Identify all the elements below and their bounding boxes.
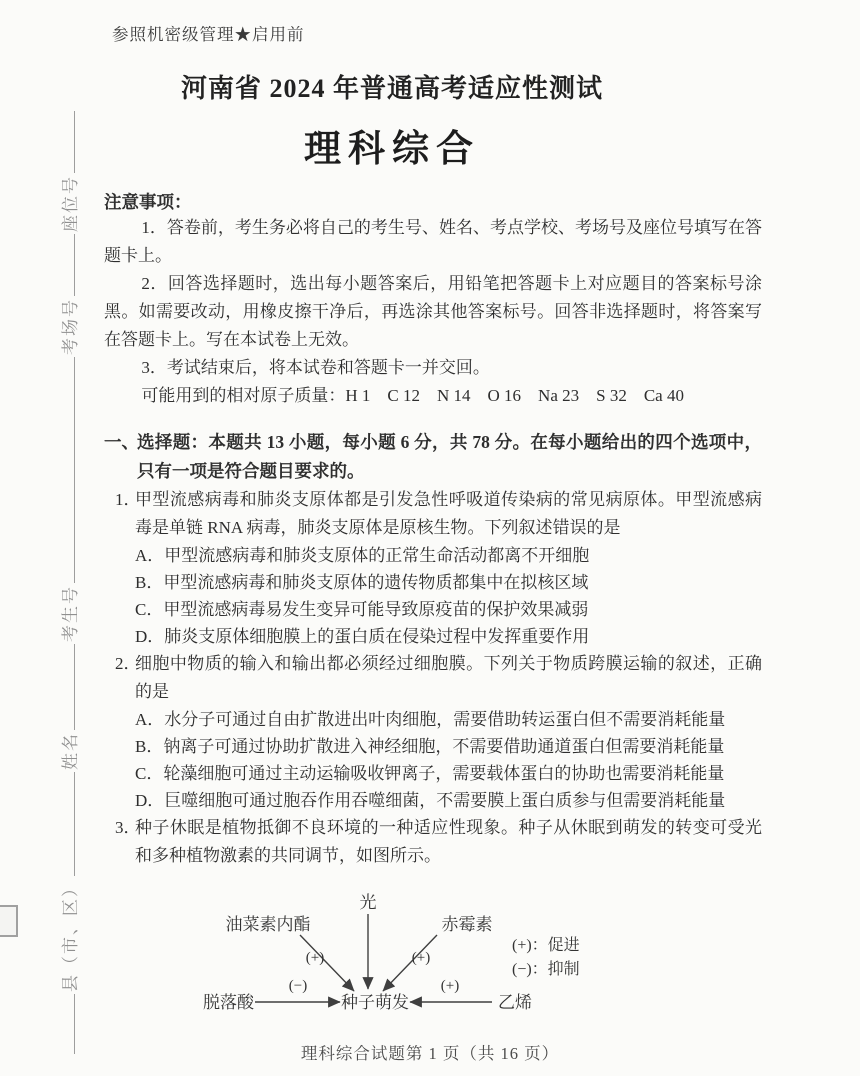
- node-seed-germination: 种子萌发: [341, 993, 409, 1012]
- atomic-masses-line: 可能用到的相对原子质量：H 1 C 12 N 14 O 16 Na 23 S 3…: [104, 382, 762, 410]
- seal-field-room-number: 考场号: [62, 296, 80, 357]
- question-2-number: 2．: [115, 650, 141, 678]
- edge-label-abscisic-acid: (−): [289, 978, 307, 994]
- question-1-option-d: D．肺炎支原体细胞膜上的蛋白质在侵染过程中发挥重要作用: [135, 623, 762, 650]
- question-3-number: 3．: [115, 814, 141, 842]
- question-3: 3． 种子休眠是植物抵御不良环境的一种适应性现象。种子从休眠到萌发的转变可受光和…: [104, 814, 762, 870]
- exam-subject: 理科综合: [104, 118, 680, 172]
- exam-content: 参照机密级管理★启用前 河南省 2024 年普通高考适应性测试 理科综合 注意事…: [104, 0, 762, 1028]
- exam-paper-page: 县（市、区） 姓名 考生号 考场号 座位号 参照机密级管理★启用前 河南省 20…: [0, 0, 860, 1076]
- notice-item-3: 3．考试结束后，将本试卷和答题卡一并交回。: [104, 354, 762, 382]
- edge-label-gibberellin: (+): [412, 950, 430, 966]
- seal-underline: [72, 234, 75, 296]
- node-abscisic-acid: 脱落酸: [203, 993, 255, 1012]
- edge-label-brassinolide: (+): [306, 950, 324, 966]
- seal-field-examinee-number: 考生号: [62, 583, 80, 644]
- legend-inhibit: (−)：抑制: [512, 960, 580, 978]
- section-heading: 一、 选择题：本题共 13 小题，每小题 6 分，共 78 分。在每小题给出的四…: [104, 428, 762, 486]
- question-2-option-d: D．巨噬细胞可通过胞吞作用吞噬细菌，不需要膜上蛋白质参与但需要消耗能量: [135, 787, 762, 814]
- question-1-option-a: A．甲型流感病毒和肺炎支原体的正常生命活动都离不开细胞: [135, 542, 762, 569]
- question-2-option-b: B．钠离子可通过协助扩散进入神经细胞，不需要借助通道蛋白但需要消耗能量: [135, 733, 762, 760]
- node-light: 光: [360, 893, 377, 912]
- node-brassinolide: 油菜素内酯: [226, 915, 311, 934]
- question-2-option-c: C．轮藻细胞可通过主动运输吸收钾离子，需要载体蛋白的协助也需要消耗能量: [135, 760, 762, 787]
- question-2-option-a: A．水分子可通过自由扩散进出叶肉细胞，需要借助转运蛋白但不需要消耗能量: [135, 706, 762, 733]
- classification-notice: 参照机密级管理★启用前: [112, 21, 762, 45]
- registration-box: [0, 905, 18, 937]
- seal-underline: [72, 111, 75, 173]
- question-1-number: 1．: [115, 486, 141, 514]
- seal-underline: [72, 357, 75, 583]
- diagram-svg: 光 油菜素内酯 赤霉素 脱落酸 种子萌发 乙烯 (+) (+) (−) (+) …: [140, 878, 760, 1028]
- section-number: 一、: [104, 428, 139, 457]
- question-1: 1． 甲型流感病毒和肺炎支原体都是引发急性呼吸道传染病的常见病原体。甲型流感病毒…: [104, 486, 762, 650]
- notice-item-1: 1．答卷前，考生务必将自己的考生号、姓名、考点学校、考场号及座位号填写在答题卡上…: [104, 214, 762, 270]
- seal-underline: [72, 644, 75, 730]
- edge-label-ethylene: (+): [441, 978, 459, 994]
- question-1-option-b: B．甲型流感病毒和肺炎支原体的遗传物质都集中在拟核区域: [135, 569, 762, 596]
- question-1-stem: 甲型流感病毒和肺炎支原体都是引发急性呼吸道传染病的常见病原体。甲型流感病毒是单链…: [135, 486, 762, 542]
- question-1-option-c: C．甲型流感病毒易发生变异可能导致原疫苗的保护效果减弱: [135, 596, 762, 623]
- notice-item-2: 2．回答选择题时，选出每小题答案后，用铅笔把答题卡上对应题目的答案标号涂黑。如需…: [104, 270, 762, 354]
- question-2-stem: 细胞中物质的输入和输出都必须经过细胞膜。下列关于物质跨膜运输的叙述，正确的是: [135, 650, 762, 706]
- question-3-stem: 种子休眠是植物抵御不良环境的一种适应性现象。种子从休眠到萌发的转变可受光和多种植…: [135, 814, 762, 870]
- question-2: 2． 细胞中物质的输入和输出都必须经过细胞膜。下列关于物质跨膜运输的叙述，正确的…: [104, 650, 762, 814]
- legend-promote: (+)：促进: [512, 936, 580, 954]
- node-gibberellin: 赤霉素: [442, 915, 493, 934]
- node-ethylene: 乙烯: [498, 992, 532, 1012]
- page-footer: 理科综合试题第 1 页（共 16 页）: [0, 1040, 860, 1064]
- notice-heading: 注意事项：: [104, 189, 762, 214]
- exam-title: 河南省 2024 年普通高考适应性测试: [104, 68, 680, 105]
- seal-line: 县（市、区） 姓名 考生号 考场号 座位号: [44, 64, 80, 1054]
- section-text: 选择题：本题共 13 小题，每小题 6 分，共 78 分。在每小题给出的四个选项…: [137, 432, 762, 481]
- seed-germination-diagram: 光 油菜素内酯 赤霉素 脱落酸 种子萌发 乙烯 (+) (+) (−) (+) …: [140, 878, 760, 1028]
- seal-field-seat-number: 座位号: [62, 173, 80, 234]
- seal-field-county: 县（市、区）: [62, 876, 80, 994]
- seal-field-name: 姓名: [62, 730, 80, 772]
- seal-underline: [72, 772, 75, 876]
